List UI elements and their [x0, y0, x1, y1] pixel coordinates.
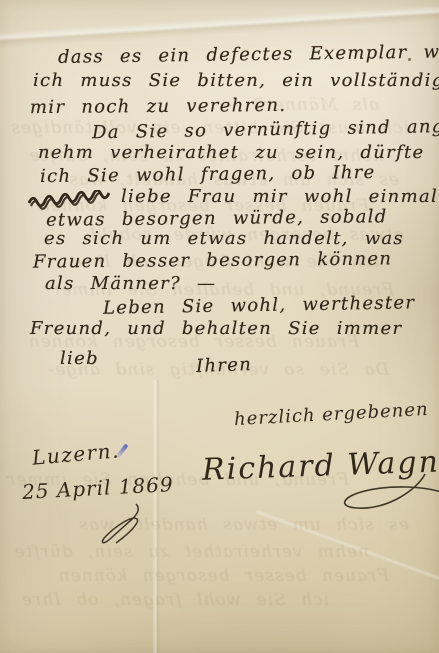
letter-line: es sich um etwas handelt, was: [44, 228, 404, 249]
bleed-through-line: Frauen besser besorgen können: [58, 566, 389, 586]
letter-line: als Männer? —: [45, 273, 216, 294]
letter-line: mir noch zu verehren.: [30, 95, 287, 118]
letter-line: lieb: [60, 348, 99, 369]
letter-line: Freund, und behalten Sie immer: [30, 318, 402, 339]
letter-line: Leben Sie wohl, werthester: [103, 292, 416, 318]
signature-flourish: [325, 472, 439, 524]
bleed-through-line: ich Sie wohl fragen, ob Ihre: [21, 590, 329, 610]
place: Luzern.: [31, 438, 121, 470]
letter-line: liebe Frau mir wohl einmal: [121, 186, 438, 207]
letter-line: Frauen besser besorgen können: [33, 248, 392, 272]
paraph-flourish: [92, 502, 154, 552]
letter-line: ich muss Sie bitten, ein vollständiges: [33, 70, 439, 91]
letter-line: Da Sie so vernünftig sind ange-: [92, 116, 439, 143]
letter-line: Ihren: [196, 354, 253, 377]
valediction: herzlich ergebenen: [234, 399, 430, 430]
bleed-through-line: nehm verheirathet zu sein, dürfte: [14, 542, 370, 562]
letter-line: ich Sie wohl fragen, ob Ihre: [40, 162, 376, 187]
letter-line: nehm verheirathet zu sein, dürfte: [38, 142, 424, 163]
letter-line: dass es ein defectes Exemplar war:: [58, 41, 439, 68]
letter-scan-page: als Männer? — ich muss Sie bitten, ein v…: [0, 0, 439, 653]
